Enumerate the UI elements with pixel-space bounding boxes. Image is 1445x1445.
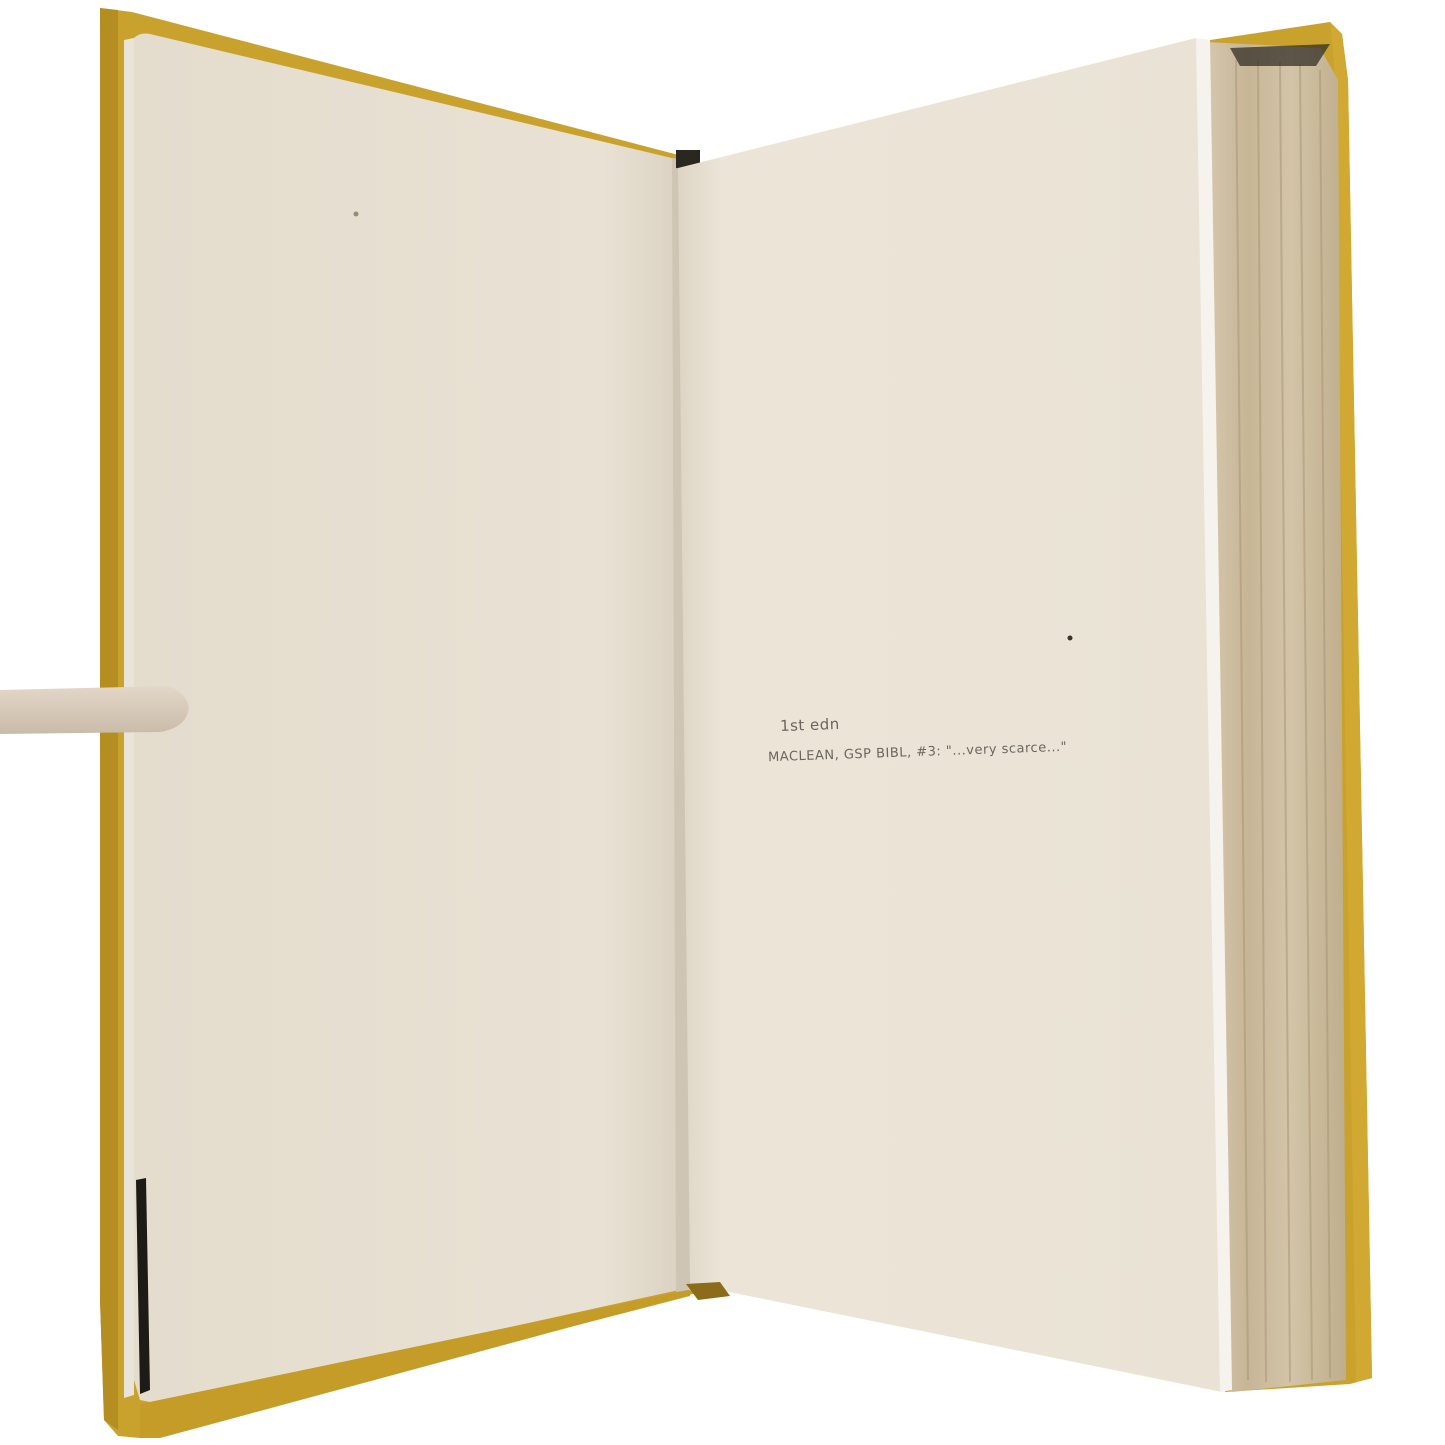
left-page (134, 34, 688, 1405)
right-page (678, 38, 1230, 1392)
open-book-illustration (0, 0, 1445, 1445)
wooden-pointer (0, 686, 189, 734)
book-photo (0, 0, 1445, 1445)
inscription-line-1: 1st edn (780, 715, 840, 735)
